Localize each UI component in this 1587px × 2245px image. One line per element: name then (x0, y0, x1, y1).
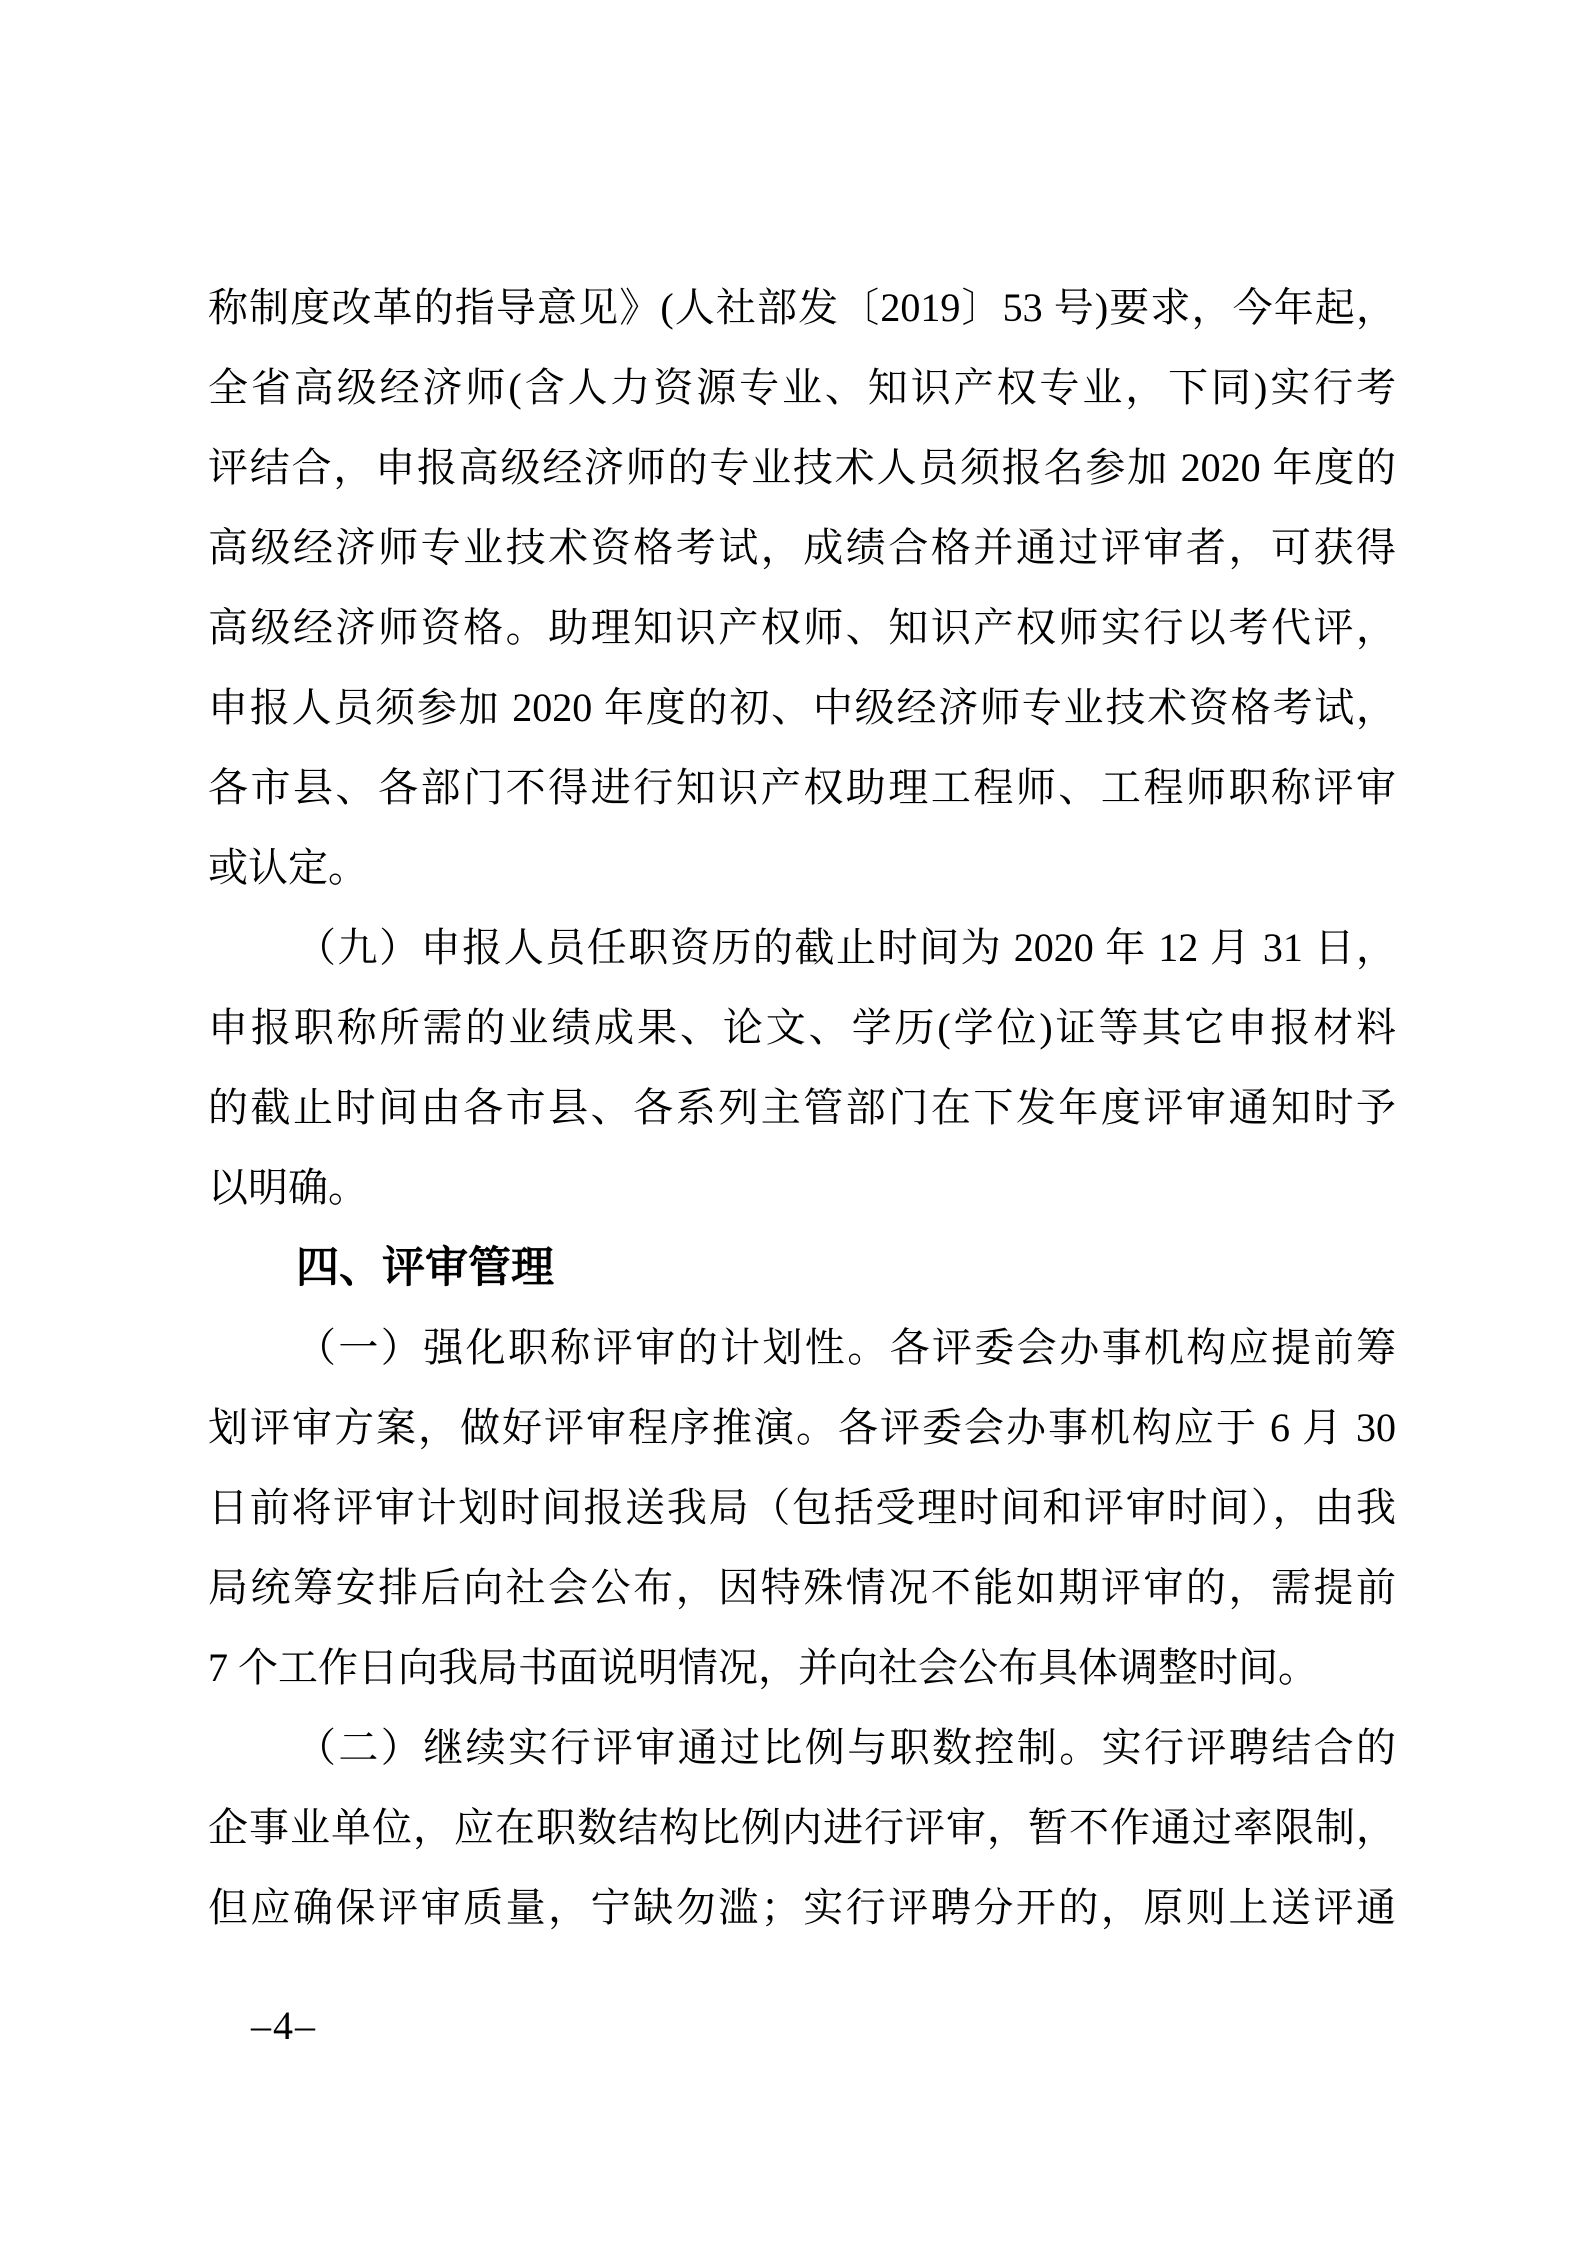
body-line: 或认定。 (208, 828, 1396, 908)
page-number: –4– (251, 2006, 317, 2046)
section-heading: 四、评审管理 (208, 1228, 1396, 1308)
body-line: 局统筹安排后向社会公布，因特殊情况不能如期评审的，需提前 (208, 1548, 1396, 1628)
body-line: 申报职称所需的业绩成果、论文、学历(学位)证等其它申报材料 (208, 988, 1396, 1068)
body-line: 但应确保评审质量，宁缺勿滥；实行评聘分开的，原则上送评通 (208, 1868, 1396, 1948)
body-line: 以明确。 (208, 1148, 1396, 1228)
body-line: 企事业单位，应在职数结构比例内进行评审，暂不作通过率限制， (208, 1788, 1396, 1868)
body-line: （一）强化职称评审的计划性。各评委会办事机构应提前筹 (208, 1308, 1396, 1388)
body-line: 高级经济师资格。助理知识产权师、知识产权师实行以考代评， (208, 588, 1396, 668)
body-line: （二）继续实行评审通过比例与职数控制。实行评聘结合的 (208, 1708, 1396, 1788)
body-line: 划评审方案，做好评审程序推演。各评委会办事机构应于 6 月 30 (208, 1388, 1396, 1468)
body-line: 7 个工作日向我局书面说明情况，并向社会公布具体调整时间。 (208, 1628, 1396, 1708)
body-line: 高级经济师专业技术资格考试，成绩合格并通过评审者，可获得 (208, 508, 1396, 588)
body-line: 评结合，申报高级经济师的专业技术人员须报名参加 2020 年度的 (208, 428, 1396, 508)
body-line: 的截止时间由各市县、各系列主管部门在下发年度评审通知时予 (208, 1068, 1396, 1148)
body-line: （九）申报人员任职资历的截止时间为 2020 年 12 月 31 日， (208, 908, 1396, 988)
body-line: 日前将评审计划时间报送我局（包括受理时间和评审时间），由我 (208, 1468, 1396, 1548)
body-line: 全省高级经济师(含人力资源专业、知识产权专业，下同)实行考 (208, 348, 1396, 428)
body-line: 称制度改革的指导意见》(人社部发〔2019〕53 号)要求，今年起， (208, 268, 1396, 348)
body-line: 申报人员须参加 2020 年度的初、中级经济师专业技术资格考试， (208, 668, 1396, 748)
document-page: 称制度改革的指导意见》(人社部发〔2019〕53 号)要求，今年起， 全省高级经… (0, 0, 1587, 2245)
body-line: 各市县、各部门不得进行知识产权助理工程师、工程师职称评审 (208, 748, 1396, 828)
document-body: 称制度改革的指导意见》(人社部发〔2019〕53 号)要求，今年起， 全省高级经… (208, 268, 1396, 1948)
